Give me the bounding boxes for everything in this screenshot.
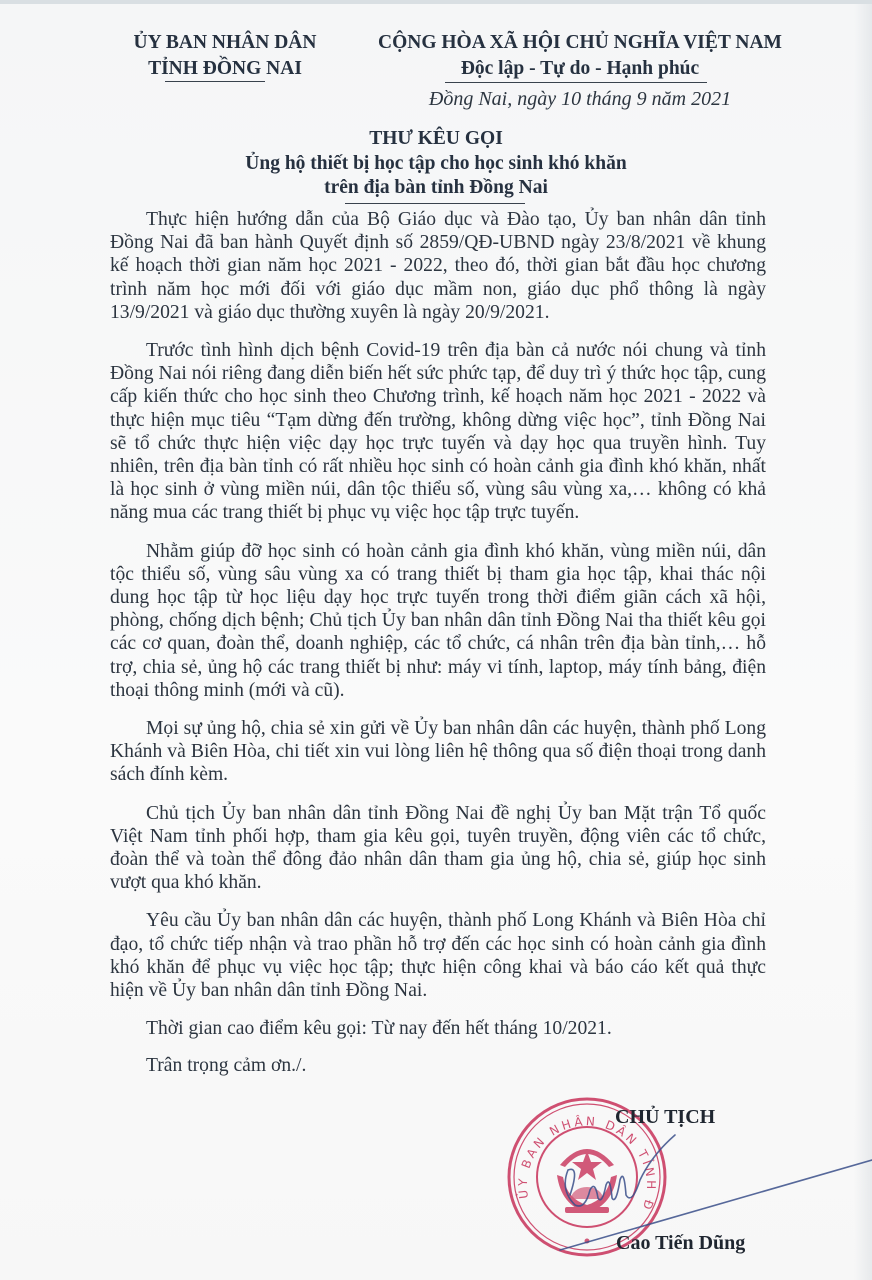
page-edge-shadow bbox=[854, 4, 872, 1280]
national-motto: Độc lập - Tự do - Hạnh phúc bbox=[360, 56, 800, 82]
paragraph-5: Chủ tịch Ủy ban nhân dân tỉnh Đồng Nai đ… bbox=[110, 802, 766, 895]
document-title: THƯ KÊU GỌI Ủng hộ thiết bị học tập cho … bbox=[100, 126, 772, 200]
title-sub-2: trên địa bàn tỉnh Đồng Nai bbox=[100, 176, 772, 200]
national-header: CỘNG HÒA XÃ HỘI CHỦ NGHĨA VIỆT NAM Độc l… bbox=[360, 30, 800, 82]
issuer-line-2: TỈNH ĐỒNG NAI bbox=[120, 56, 330, 82]
signer-name: Cao Tiến Dũng bbox=[616, 1232, 745, 1255]
paragraph-2: Trước tình hình dịch bệnh Covid-19 trên … bbox=[110, 339, 766, 525]
title-sub-1: Ủng hộ thiết bị học tập cho học sinh khó… bbox=[100, 152, 772, 176]
paragraph-6: Yêu cầu Ủy ban nhân dân các huyện, thành… bbox=[110, 909, 766, 1002]
signer-title: CHỦ TỊCH bbox=[615, 1106, 715, 1129]
paragraph-3: Nhằm giúp đỡ học sinh có hoàn cảnh gia đ… bbox=[110, 540, 766, 702]
letter-body: Thực hiện hướng dẫn của Bộ Giáo dục và Đ… bbox=[110, 208, 766, 1090]
issuer-underline bbox=[165, 81, 265, 82]
title-main: THƯ KÊU GỌI bbox=[100, 126, 772, 152]
issuer-line-1: ỦY BAN NHÂN DÂN bbox=[120, 30, 330, 56]
title-underline bbox=[345, 203, 525, 204]
paragraph-1: Thực hiện hướng dẫn của Bộ Giáo dục và Đ… bbox=[110, 208, 766, 324]
thanks-line: Trân trọng cảm ơn./. bbox=[110, 1054, 766, 1077]
place-date: Đồng Nai, ngày 10 tháng 9 năm 2021 bbox=[360, 86, 800, 112]
motto-underline bbox=[445, 82, 707, 83]
deadline-line: Thời gian cao điểm kêu gọi: Từ nay đến h… bbox=[110, 1017, 766, 1040]
issuer-header: ỦY BAN NHÂN DÂN TỈNH ĐỒNG NAI bbox=[120, 30, 330, 82]
national-title: CỘNG HÒA XÃ HỘI CHỦ NGHĨA VIỆT NAM bbox=[360, 30, 800, 56]
paragraph-4: Mọi sự ủng hộ, chia sẻ xin gửi về Ủy ban… bbox=[110, 717, 766, 787]
